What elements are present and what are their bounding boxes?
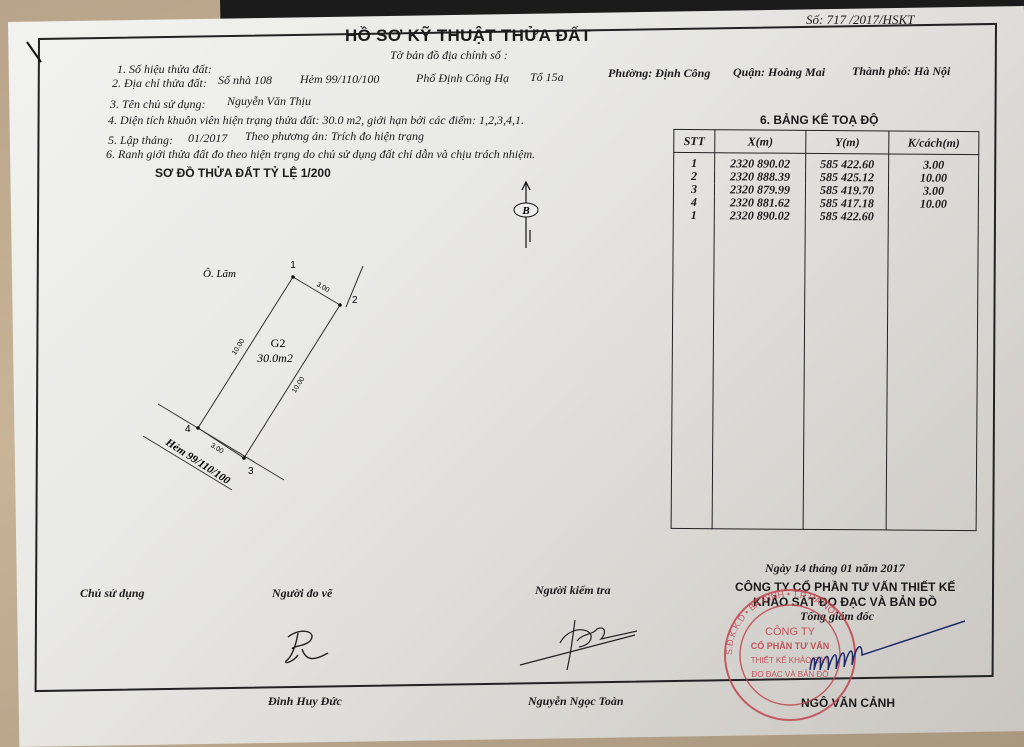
checker-name: Nguyễn Ngọc Toàn: [528, 694, 624, 709]
svg-text:3: 3: [248, 466, 254, 477]
checker-signature: [515, 615, 645, 675]
cell-dist: 3.00: [889, 154, 979, 172]
land-parcel-technical-record: Số: 717 /2017/HSKT HỒ SƠ KỸ THUẬT THỬA Đ…: [0, 0, 1024, 747]
surveyor-sign-label: Người đo vẽ: [272, 586, 332, 601]
boundary-note: 6. Ranh giới thửa đất đo theo hiện trạng…: [106, 147, 535, 162]
svg-text:10.00: 10.00: [231, 338, 246, 357]
surveyor-signature: [280, 625, 340, 670]
column-header-x: X(m): [715, 130, 806, 154]
svg-text:Ô. Lãm: Ô. Lãm: [203, 268, 236, 280]
area-description: 4. Diện tích khuôn viên hiện trạng thửa …: [108, 113, 524, 128]
alley: Hẻm 99/110/100: [300, 72, 379, 87]
svg-text:3.00: 3.00: [315, 281, 330, 294]
document-number: Số: 717 /2017/HSKT: [806, 12, 914, 28]
cell-y: 585 422.60: [805, 210, 888, 224]
map-sheet-label: Tờ bản đồ địa chính số :: [390, 48, 508, 63]
sign-date: Ngày 14 tháng 01 năm 2017: [765, 561, 905, 576]
created-month-label: 5. Lập tháng:: [108, 133, 173, 148]
cell-dist: [888, 210, 978, 224]
cell-stt: 1: [674, 152, 715, 170]
page-title: HỒ SƠ KỸ THUẬT THỬA ĐẤT: [345, 26, 591, 46]
director-signature: [800, 615, 970, 675]
svg-text:G2: G2: [271, 336, 286, 350]
cell-stt: 1: [673, 209, 714, 222]
corner-mark: [25, 40, 45, 65]
street: Phố Định Công Hạ: [416, 71, 509, 86]
svg-text:2: 2: [352, 295, 358, 306]
svg-text:30.0m2: 30.0m2: [256, 351, 293, 365]
coordinate-table: STT X(m) Y(m) K/cách(m) 12320 890.02585 …: [671, 129, 980, 531]
column-header-distance: K/cách(m): [889, 131, 979, 155]
svg-text:4: 4: [185, 424, 191, 435]
address-label: 2. Địa chỉ thửa đất:: [112, 76, 207, 91]
surveyor-name: Đinh Huy Đức: [268, 694, 342, 709]
cell-x: 2320 890.02: [714, 209, 805, 223]
created-month: 01/2017: [188, 131, 227, 146]
coordinate-table-title: 6. BẢNG KÊ TOẠ ĐỘ: [760, 113, 878, 127]
cell-y: 585 422.60: [806, 153, 889, 171]
survey-plan: Theo phương án: Trích đo hiện trạng: [245, 129, 424, 144]
parcel-number-label: 1. Số hiệu thửa đất:: [117, 62, 212, 77]
svg-text:1: 1: [290, 260, 296, 271]
column-header-y: Y(m): [806, 130, 889, 154]
cell-dist: 10.00: [888, 197, 978, 211]
owner-name: Nguyễn Văn Thịu: [227, 94, 311, 109]
column-header-stt: STT: [674, 129, 715, 152]
svg-text:B: B: [521, 205, 529, 217]
checker-sign-label: Người kiểm tra: [535, 583, 611, 598]
owner-label: 3. Tên chủ sử dụng:: [110, 97, 206, 112]
residential-group: Tổ 15a: [530, 70, 564, 85]
city: Thành phố: Hà Nội: [852, 64, 950, 79]
ward: Phường: Định Công: [608, 66, 710, 81]
parcel-sketch: B 1 2 3 4 3.00 10.00 10.00 3.00 Ô. Lãm G…: [140, 170, 560, 500]
owner-sign-label: Chủ sử dụng: [80, 586, 145, 601]
cell-x: 2320 890.02: [715, 153, 806, 171]
district: Quận: Hoàng Mai: [733, 65, 825, 80]
house-number: Số nhà 108: [218, 73, 272, 88]
